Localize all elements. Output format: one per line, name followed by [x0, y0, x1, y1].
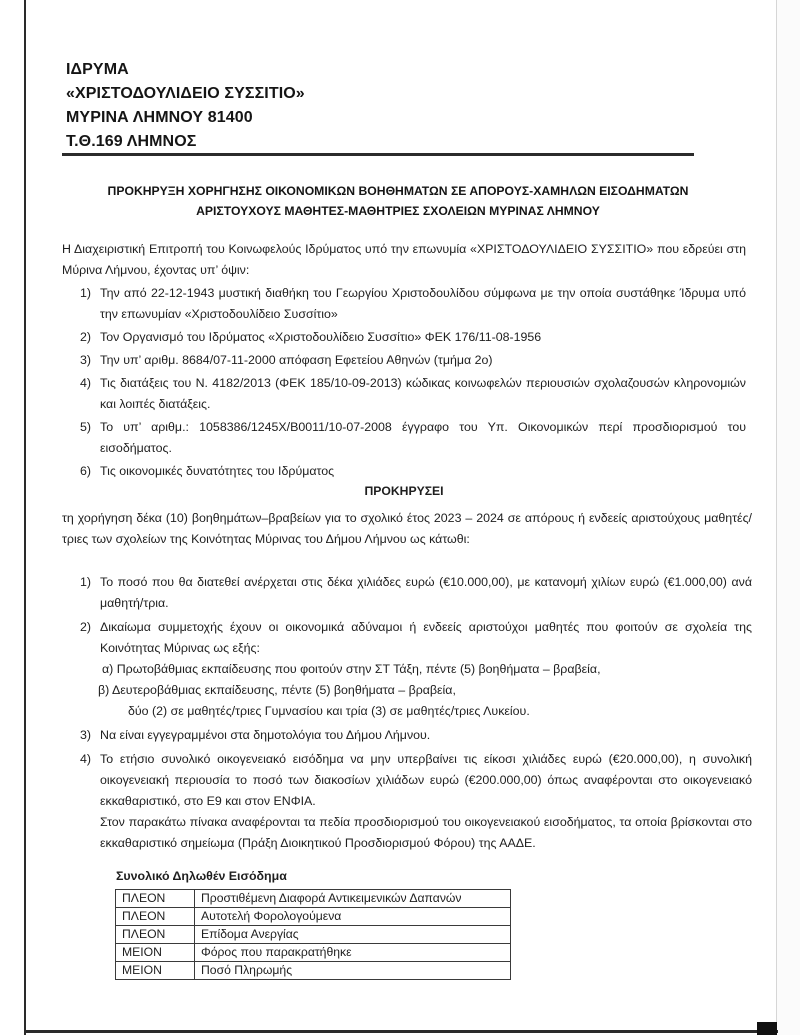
proclaims-intro: τη χορήγηση δέκα (10) βοηθημάτων–βραβείω…	[62, 508, 752, 550]
organization-header: ΙΔΡΥΜΑ «ΧΡΙΣΤΟΔΟΥΛΙΔΕΙΟ ΣΥΣΣΙΤΙΟ» ΜΥΡΙΝΑ…	[66, 58, 305, 154]
item-cell: Προστιθέμενη Διαφορά Αντικειμενικών Δαπα…	[195, 890, 511, 908]
scan-left-border	[24, 0, 26, 1035]
item-text: Δικαίωμα συμμετοχής έχουν οι οικονομικά …	[100, 620, 752, 655]
scan-bottom-corner	[757, 1022, 777, 1035]
item-number: 4)	[80, 749, 91, 770]
item-number: 3)	[80, 350, 91, 371]
item-number: 4)	[80, 373, 91, 394]
item-number: 1)	[80, 572, 91, 593]
sign-cell: ΠΛΕΟΝ	[116, 908, 195, 926]
list-item: 2)Δικαίωμα συμμετοχής έχουν οι οικονομικ…	[62, 617, 752, 722]
scan-right-margin	[777, 0, 800, 1035]
list-item: 4)Το ετήσιο συνολικό οικογενειακό εισόδη…	[62, 749, 752, 854]
sign-cell: ΜΕΙΟΝ	[116, 944, 195, 962]
sign-cell: ΠΛΕΟΝ	[116, 890, 195, 908]
item-cell: Επίδομα Ανεργίας	[195, 926, 511, 944]
list-item: 6)Τις οικονομικές δυνατότητες του Ιδρύμα…	[62, 461, 746, 482]
scan-bottom-border	[24, 1030, 778, 1033]
considerations-list: 1)Την από 22-12-1943 μυστική διαθήκη του…	[62, 283, 746, 484]
item-text: Το ετήσιο συνολικό οικογενειακό εισόδημα…	[100, 752, 752, 808]
sign-cell: ΠΛΕΟΝ	[116, 926, 195, 944]
list-item: 1)Το ποσό που θα διατεθεί ανέρχεται στις…	[62, 572, 752, 614]
list-item: 4)Τις διατάξεις του Ν. 4182/2013 (ΦΕΚ 18…	[62, 373, 746, 415]
table-row: ΜΕΙΟΝΠοσό Πληρωμής	[116, 962, 511, 980]
item-cell: Αυτοτελή Φορολογούμενα	[195, 908, 511, 926]
table-row: ΠΛΕΟΝΠροστιθέμενη Διαφορά Αντικειμενικών…	[116, 890, 511, 908]
income-table-title: Συνολικό Δηλωθέν Εισόδημα	[116, 869, 287, 883]
subitem-secondary-detail: δύο (2) σε μαθητές/τριες Γυμνασίου και τ…	[100, 701, 752, 722]
title-line-1: ΠΡΟΚΗΡΥΞΗ ΧΟΡΗΓΗΣΗΣ ΟΙΚΟΝΟΜΙΚΩΝ ΒΟΗΘΗΜΑΤ…	[62, 181, 734, 201]
subitem-secondary: β) Δευτεροβάθμιας εκπαίδευσης, πέντε (5)…	[98, 680, 752, 701]
list-item: 5)Το υπ’ αριθμ.: 1058386/1245Χ/Β0011/10-…	[62, 417, 746, 459]
document-title: ΠΡΟΚΗΡΥΞΗ ΧΟΡΗΓΗΣΗΣ ΟΙΚΟΝΟΜΙΚΩΝ ΒΟΗΘΗΜΑΤ…	[62, 181, 734, 221]
org-name-line: ΙΔΡΥΜΑ	[66, 58, 305, 82]
item-number: 5)	[80, 417, 91, 438]
list-item: 3)Να είναι εγγεγραμμένοι στα δημοτολόγια…	[62, 725, 752, 746]
proclaims-heading: ΠΡΟΚΗΡΥΣΕΙ	[62, 484, 746, 498]
table-row: ΜΕΙΟΝΦόρος που παρακρατήθηκε	[116, 944, 511, 962]
item-text: Να είναι εγγεγραμμένοι στα δημοτολόγια τ…	[100, 728, 430, 742]
org-pobox-line: Τ.Θ.169 ΛΗΜΝΟΣ	[66, 130, 305, 154]
table-row: ΠΛΕΟΝΕπίδομα Ανεργίας	[116, 926, 511, 944]
table-row: ΠΛΕΟΝΑυτοτελή Φορολογούμενα	[116, 908, 511, 926]
item-number: 2)	[80, 327, 91, 348]
item-text: Την υπ’ αριθμ. 8684/07-11-2000 απόφαση Ε…	[100, 353, 493, 367]
list-item: 2)Τον Οργανισμό του Ιδρύματος «Χριστοδου…	[62, 327, 746, 348]
org-title-line: «ΧΡΙΣΤΟΔΟΥΛΙΔΕΙΟ ΣΥΣΣΙΤΙΟ»	[66, 82, 305, 106]
item-text: Το ποσό που θα διατεθεί ανέρχεται στις δ…	[100, 575, 752, 610]
item-text: Τις οικονομικές δυνατότητες του Ιδρύματο…	[100, 464, 334, 478]
item-number: 6)	[80, 461, 91, 482]
item-cell: Ποσό Πληρωμής	[195, 962, 511, 980]
list-item: 3)Την υπ’ αριθμ. 8684/07-11-2000 απόφαση…	[62, 350, 746, 371]
list-item: 1)Την από 22-12-1943 μυστική διαθήκη του…	[62, 283, 746, 325]
item-text: Τον Οργανισμό του Ιδρύματος «Χριστοδουλί…	[100, 330, 541, 344]
item-text: Την από 22-12-1943 μυστική διαθήκη του Γ…	[100, 286, 746, 321]
proclaims-intro-text: τη χορήγηση δέκα (10) βοηθημάτων–βραβείω…	[62, 508, 752, 550]
scan-right-edge	[776, 0, 777, 1035]
sign-cell: ΜΕΙΟΝ	[116, 962, 195, 980]
terms-list: 1)Το ποσό που θα διατεθεί ανέρχεται στις…	[62, 572, 752, 857]
org-address-line: ΜΥΡΙΝΑ ΛΗΜΝΟΥ 81400	[66, 106, 305, 130]
income-table: ΠΛΕΟΝΠροστιθέμενη Διαφορά Αντικειμενικών…	[115, 889, 511, 980]
item-text: Τις διατάξεις του Ν. 4182/2013 (ΦΕΚ 185/…	[100, 376, 746, 411]
intro-text: Η Διαχειριστική Επιτροπή του Κοινωφελούς…	[62, 239, 746, 281]
item-number: 2)	[80, 617, 91, 638]
item-text: Το υπ’ αριθμ.: 1058386/1245Χ/Β0011/10-07…	[100, 420, 746, 455]
item-cell: Φόρος που παρακρατήθηκε	[195, 944, 511, 962]
intro-paragraph: Η Διαχειριστική Επιτροπή του Κοινωφελούς…	[62, 239, 746, 281]
subitem-primary: α) Πρωτοβάθμιας εκπαίδευσης που φοιτούν …	[100, 659, 752, 680]
header-divider	[62, 153, 694, 156]
item-number: 3)	[80, 725, 91, 746]
title-line-2: ΑΡΙΣΤΟΥΧΟΥΣ ΜΑΘΗΤΕΣ-ΜΑΘΗΤΡΙΕΣ ΣΧΟΛΕΙΩΝ Μ…	[62, 201, 734, 221]
item-number: 1)	[80, 283, 91, 304]
income-note: Στον παρακάτω πίνακα αναφέρονται τα πεδί…	[100, 812, 752, 854]
